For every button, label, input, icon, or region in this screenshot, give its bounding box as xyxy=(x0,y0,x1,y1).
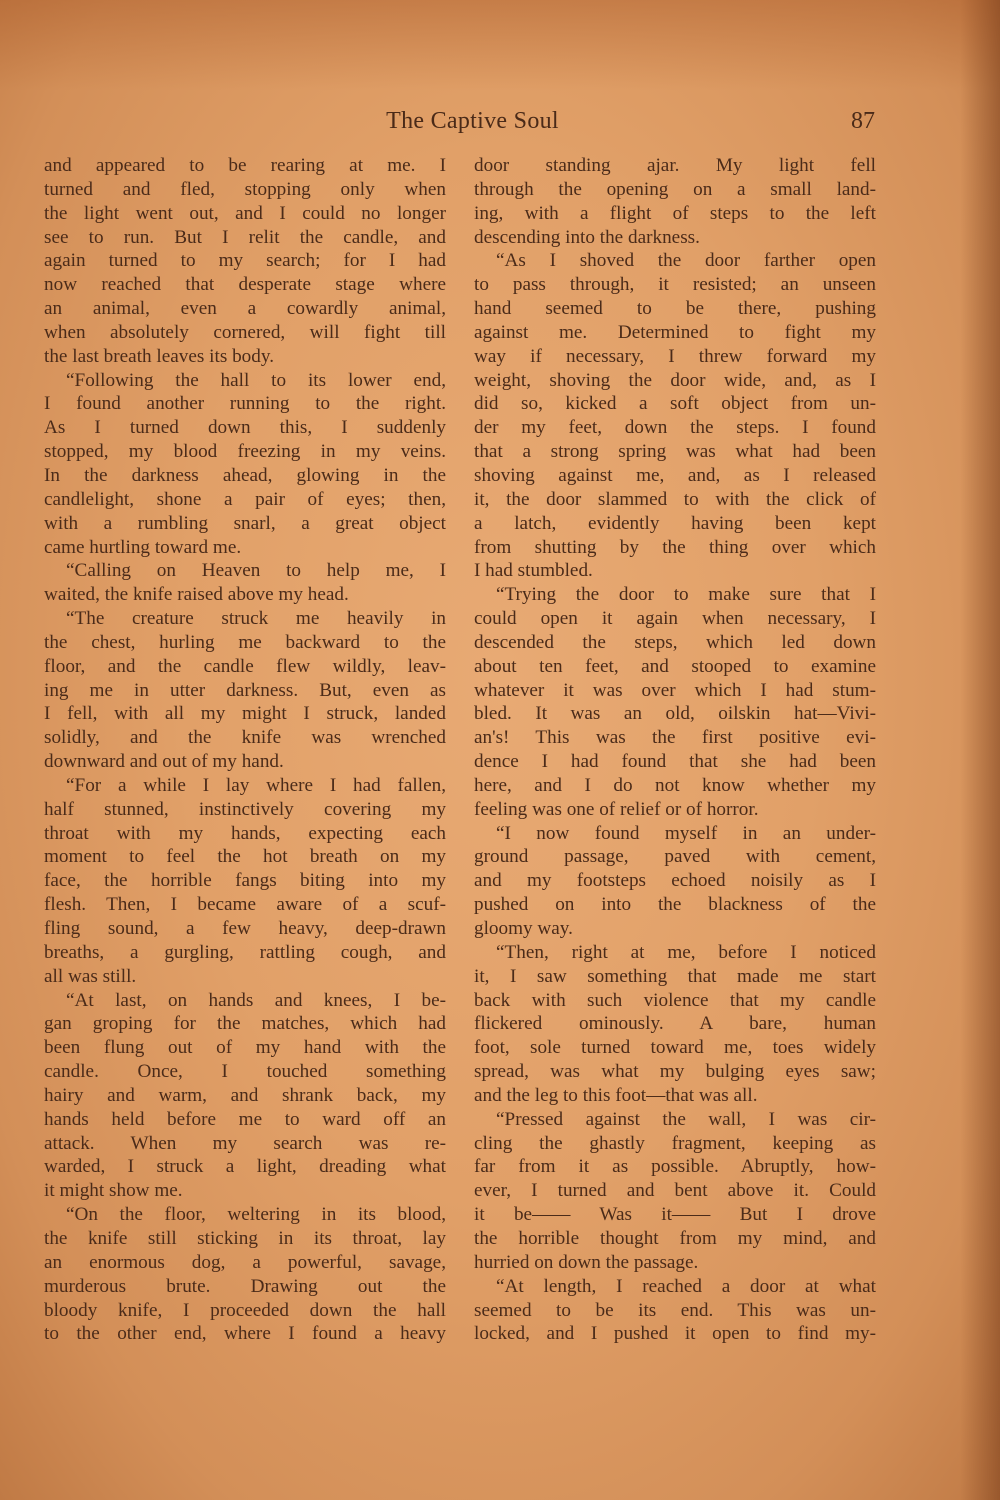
text-line: an's! This was the first positive evi- xyxy=(474,726,876,750)
text-line: feeling was one of relief or of horror. xyxy=(474,798,876,822)
text-line: face, the horrible fangs biting into my xyxy=(44,869,446,893)
text-line: gloomy way. xyxy=(474,917,876,941)
text-line: ever, I turned and bent above it. Could xyxy=(474,1179,876,1203)
text-line: descending into the darkness. xyxy=(474,226,876,250)
text-line: hand seemed to be there, pushing xyxy=(474,297,876,321)
text-line: half stunned, instinctively covering my xyxy=(44,798,446,822)
text-line: “I now found myself in an under- xyxy=(474,822,876,846)
text-line: bloody knife, I proceeded down the hall xyxy=(44,1299,446,1323)
text-line: “For a while I lay where I had fallen, xyxy=(44,774,446,798)
text-line: and appeared to be rearing at me. I xyxy=(44,154,446,178)
text-line: door standing ajar. My light fell xyxy=(474,154,876,178)
text-line: see to run. But I relit the candle, and xyxy=(44,226,446,250)
text-line: and the leg to this foot—that was all. xyxy=(474,1084,876,1108)
text-line: “As I shoved the door farther open xyxy=(474,249,876,273)
text-line: I found another running to the right. xyxy=(44,392,446,416)
text-line: to the other end, where I found a heavy xyxy=(44,1322,446,1346)
text-line: waited, the knife raised above my head. xyxy=(44,583,446,607)
text-line: back with such violence that my candle xyxy=(474,989,876,1013)
text-line: pushed on into the blackness of the xyxy=(474,893,876,917)
text-line: flesh. Then, I became aware of a scuf- xyxy=(44,893,446,917)
text-line: breaths, a gurgling, rattling cough, and xyxy=(44,941,446,965)
book-page: The Captive Soul 87 and appeared to be r… xyxy=(0,0,1000,1500)
text-line: turned and fled, stopping only when xyxy=(44,178,446,202)
text-line: downward and out of my hand. xyxy=(44,750,446,774)
text-line: gan groping for the matches, which had xyxy=(44,1012,446,1036)
text-line: ing, with a flight of steps to the left xyxy=(474,202,876,226)
text-line: ing me in utter darkness. But, even as xyxy=(44,679,446,703)
text-line: been flung out of my hand with the xyxy=(44,1036,446,1060)
text-line: that a strong spring was what had been xyxy=(474,440,876,464)
text-line: stopped, my blood freezing in my veins. xyxy=(44,440,446,464)
text-line: foot, sole turned toward me, toes widely xyxy=(474,1036,876,1060)
text-line: fling sound, a few heavy, deep-drawn xyxy=(44,917,446,941)
text-line: der my feet, down the steps. I found xyxy=(474,416,876,440)
running-title: The Captive Soul xyxy=(40,108,875,135)
text-line: “Calling on Heaven to help me, I xyxy=(44,559,446,583)
text-line: descended the steps, which led down xyxy=(474,631,876,655)
text-line: the horrible thought from my mind, and xyxy=(474,1227,876,1251)
text-line: came hurtling toward me. xyxy=(44,536,446,560)
text-line: “Trying the door to make sure that I xyxy=(474,583,876,607)
text-line: throat with my hands, expecting each xyxy=(44,822,446,846)
text-line: attack. When my search was re- xyxy=(44,1132,446,1156)
text-line: a latch, evidently having been kept xyxy=(474,512,876,536)
text-line: candlelight, shone a pair of eyes; then, xyxy=(44,488,446,512)
text-line: bled. It was an old, oilskin hat—Vivi- xyxy=(474,702,876,726)
text-line: the knife still sticking in its throat, … xyxy=(44,1227,446,1251)
text-line: ground passage, paved with cement, xyxy=(474,845,876,869)
text-line: solidly, and the knife was wrenched xyxy=(44,726,446,750)
text-line: from shutting by the thing over which xyxy=(474,536,876,560)
text-line: “On the floor, weltering in its blood, xyxy=(44,1203,446,1227)
text-line: I fell, with all my might I struck, land… xyxy=(44,702,446,726)
text-line: cling the ghastly fragment, keeping as xyxy=(474,1132,876,1156)
text-line: spread, was what my bulging eyes saw; xyxy=(474,1060,876,1084)
text-line: the last breath leaves its body. xyxy=(44,345,446,369)
text-line: about ten feet, and stooped to examine xyxy=(474,655,876,679)
text-line: now reached that desperate stage where xyxy=(44,273,446,297)
text-line: when absolutely cornered, will fight til… xyxy=(44,321,446,345)
text-line: “The creature struck me heavily in xyxy=(44,607,446,631)
text-line: far from it as possible. Abruptly, how- xyxy=(474,1155,876,1179)
text-line: floor, and the candle flew wildly, leav- xyxy=(44,655,446,679)
text-line: candle. Once, I touched something xyxy=(44,1060,446,1084)
text-line: flickered ominously. A bare, human xyxy=(474,1012,876,1036)
text-line: through the opening on a small land- xyxy=(474,178,876,202)
text-line: locked, and I pushed it open to find my- xyxy=(474,1322,876,1346)
text-line: against me. Determined to fight my xyxy=(474,321,876,345)
text-line: whatever it was over which I had stum- xyxy=(474,679,876,703)
text-line: “Following the hall to its lower end, xyxy=(44,369,446,393)
text-line: it, I saw something that made me start xyxy=(474,965,876,989)
left-column: and appeared to be rearing at me. Iturne… xyxy=(44,154,446,1346)
text-line: As I turned down this, I suddenly xyxy=(44,416,446,440)
text-line: could open it again when necessary, I xyxy=(474,607,876,631)
text-line: “Then, right at me, before I noticed xyxy=(474,941,876,965)
text-line: “At last, on hands and knees, I be- xyxy=(44,989,446,1013)
text-line: I had stumbled. xyxy=(474,559,876,583)
text-line: hands held before me to ward off an xyxy=(44,1108,446,1132)
text-line: here, and I do not know whether my xyxy=(474,774,876,798)
text-line: shoving against me, and, as I released xyxy=(474,464,876,488)
text-line: hurried on down the passage. xyxy=(474,1251,876,1275)
text-line: “At length, I reached a door at what xyxy=(474,1275,876,1299)
text-line: and my footsteps echoed noisily as I xyxy=(474,869,876,893)
text-line: murderous brute. Drawing out the xyxy=(44,1275,446,1299)
text-line: all was still. xyxy=(44,965,446,989)
text-line: it be—— Was it—— But I drove xyxy=(474,1203,876,1227)
text-line: the light went out, and I could no longe… xyxy=(44,202,446,226)
text-line: way if necessary, I threw forward my xyxy=(474,345,876,369)
text-line: dence I had found that she had been xyxy=(474,750,876,774)
text-line: to pass through, it resisted; an unseen xyxy=(474,273,876,297)
text-line: an animal, even a cowardly animal, xyxy=(44,297,446,321)
text-line: it might show me. xyxy=(44,1179,446,1203)
text-line: warded, I struck a light, dreading what xyxy=(44,1155,446,1179)
text-line: again turned to my search; for I had xyxy=(44,249,446,273)
right-column: door standing ajar. My light fellthrough… xyxy=(474,154,876,1346)
text-line: the chest, hurling me backward to the xyxy=(44,631,446,655)
text-line: an enormous dog, a powerful, savage, xyxy=(44,1251,446,1275)
text-line: seemed to be its end. This was un- xyxy=(474,1299,876,1323)
text-line: with a rumbling snarl, a great object xyxy=(44,512,446,536)
text-line: did so, kicked a soft object from un- xyxy=(474,392,876,416)
running-head: The Captive Soul 87 xyxy=(40,108,875,140)
text-line: it, the door slammed to with the click o… xyxy=(474,488,876,512)
text-line: moment to feel the hot breath on my xyxy=(44,845,446,869)
text-line: hairy and warm, and shrank back, my xyxy=(44,1084,446,1108)
text-line: weight, shoving the door wide, and, as I xyxy=(474,369,876,393)
text-line: “Pressed against the wall, I was cir- xyxy=(474,1108,876,1132)
page-number: 87 xyxy=(851,108,875,135)
text-line: In the darkness ahead, glowing in the xyxy=(44,464,446,488)
